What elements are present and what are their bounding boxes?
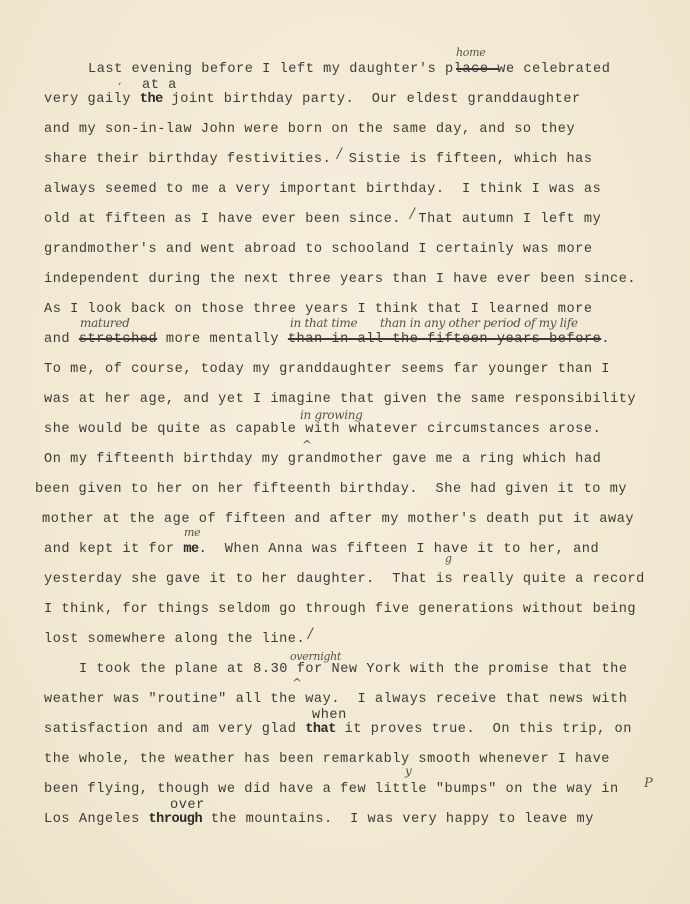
handwritten-matured: matured (80, 316, 130, 330)
text-line-12: was at her age, and yet I imagine that g… (44, 392, 636, 407)
line-26-end: the mountains. I was very happy to leave… (202, 812, 594, 827)
text-line-22: weather was "routine" all the way. I alw… (44, 692, 627, 707)
handwritten-me: me (184, 526, 200, 539)
typed-insert-when: when (312, 708, 347, 723)
paragraph-mark-3: / (308, 626, 313, 642)
text-line-9: As I look back on those three years I th… (44, 302, 593, 317)
xout-the: the (140, 92, 163, 107)
text-line-8: independent during the next three years … (44, 272, 636, 287)
caret-mark-2: ^ (292, 676, 302, 690)
handwritten-g: g (445, 552, 452, 565)
handwritten-home: home (456, 46, 485, 59)
text-line-14: On my fifteenth birthday my grandmother … (44, 452, 601, 467)
strike-place: place (456, 62, 500, 77)
line-10-and: and (44, 332, 79, 347)
line-10-mid: more mentally (157, 332, 288, 347)
text-line-4: share their birthday festivities. Sistie… (44, 152, 593, 167)
paragraph-mark-1: / (337, 146, 342, 162)
typewritten-page: Last evening before I left my daughter's… (0, 0, 690, 904)
handwritten-than-in-any-other-period: than in any other period of my life (380, 316, 578, 330)
line-23-start: satisfaction and am very glad (44, 722, 305, 737)
line-17-start: and kept it for (44, 542, 183, 557)
text-line-19: I think, for things seldom go through fi… (44, 602, 636, 617)
paragraph-mark-2: / (410, 206, 415, 222)
caret-mark-1: ^ (302, 438, 312, 452)
text-line-5: always seemed to me a very important bir… (44, 182, 601, 197)
text-line-26: Los Angeles through the mountains. I was… (44, 812, 594, 827)
text-line-25: been flying, though we did have a few li… (44, 782, 619, 797)
text-line-16: mother at the age of fifteen and after m… (42, 512, 634, 527)
text-line-23: satisfaction and am very glad that it pr… (44, 722, 632, 737)
text-line-15: been given to her on her fifteenth birth… (35, 482, 627, 497)
margin-paragraph-mark: P (644, 776, 652, 791)
typed-insert-over: over (170, 798, 205, 813)
text-line-20: lost somewhere along the line. (44, 632, 305, 647)
text-line-24: the whole, the weather has been remarkab… (44, 752, 610, 767)
line-23-end: it proves true. On this trip, on (336, 722, 632, 737)
text-line-2: very gaily the joint birthday party. Our… (44, 92, 581, 107)
text-line-1: Last evening before I left my daughter's… (88, 62, 610, 77)
typed-insert-at-a: at a (142, 78, 177, 93)
handwritten-in-growing: in growing (300, 408, 363, 422)
line-2-start: very gaily (44, 92, 140, 107)
text-line-18: yesterday she gave it to her daughter. T… (44, 572, 645, 587)
text-line-10: and stretched more mentally than in all … (44, 332, 610, 347)
xout-that: that (305, 722, 336, 737)
text-line-3: and my son-in-law John were born on the … (44, 122, 575, 137)
text-line-13: she would be quite as capable with whate… (44, 422, 601, 437)
line-2-end: joint birthday party. Our eldest grandda… (163, 92, 581, 107)
xout-me: me (183, 542, 198, 557)
line-26-start: Los Angeles (44, 812, 149, 827)
text-line-17: and kept it for me. When Anna was fiftee… (44, 542, 599, 557)
line-10-period: . (601, 332, 610, 347)
strike-stretched: stretched (79, 332, 157, 347)
strike-than-in-all: than in all the fifteen years before (288, 332, 601, 347)
text-line-21: I took the plane at 8.30 for New York wi… (79, 662, 628, 677)
text-line-7: grandmother's and went abroad to schoola… (44, 242, 593, 257)
comma-mark: , (118, 74, 122, 87)
text-line-6: old at fifteen as I have ever been since… (44, 212, 601, 227)
text-line-11: To me, of course, today my granddaughter… (44, 362, 610, 377)
line-17-end: . When Anna was fifteen I have it to her… (199, 542, 600, 557)
handwritten-in-that-time: in that time (290, 316, 357, 330)
xout-through: through (149, 812, 203, 827)
handwritten-y: y (405, 764, 411, 778)
